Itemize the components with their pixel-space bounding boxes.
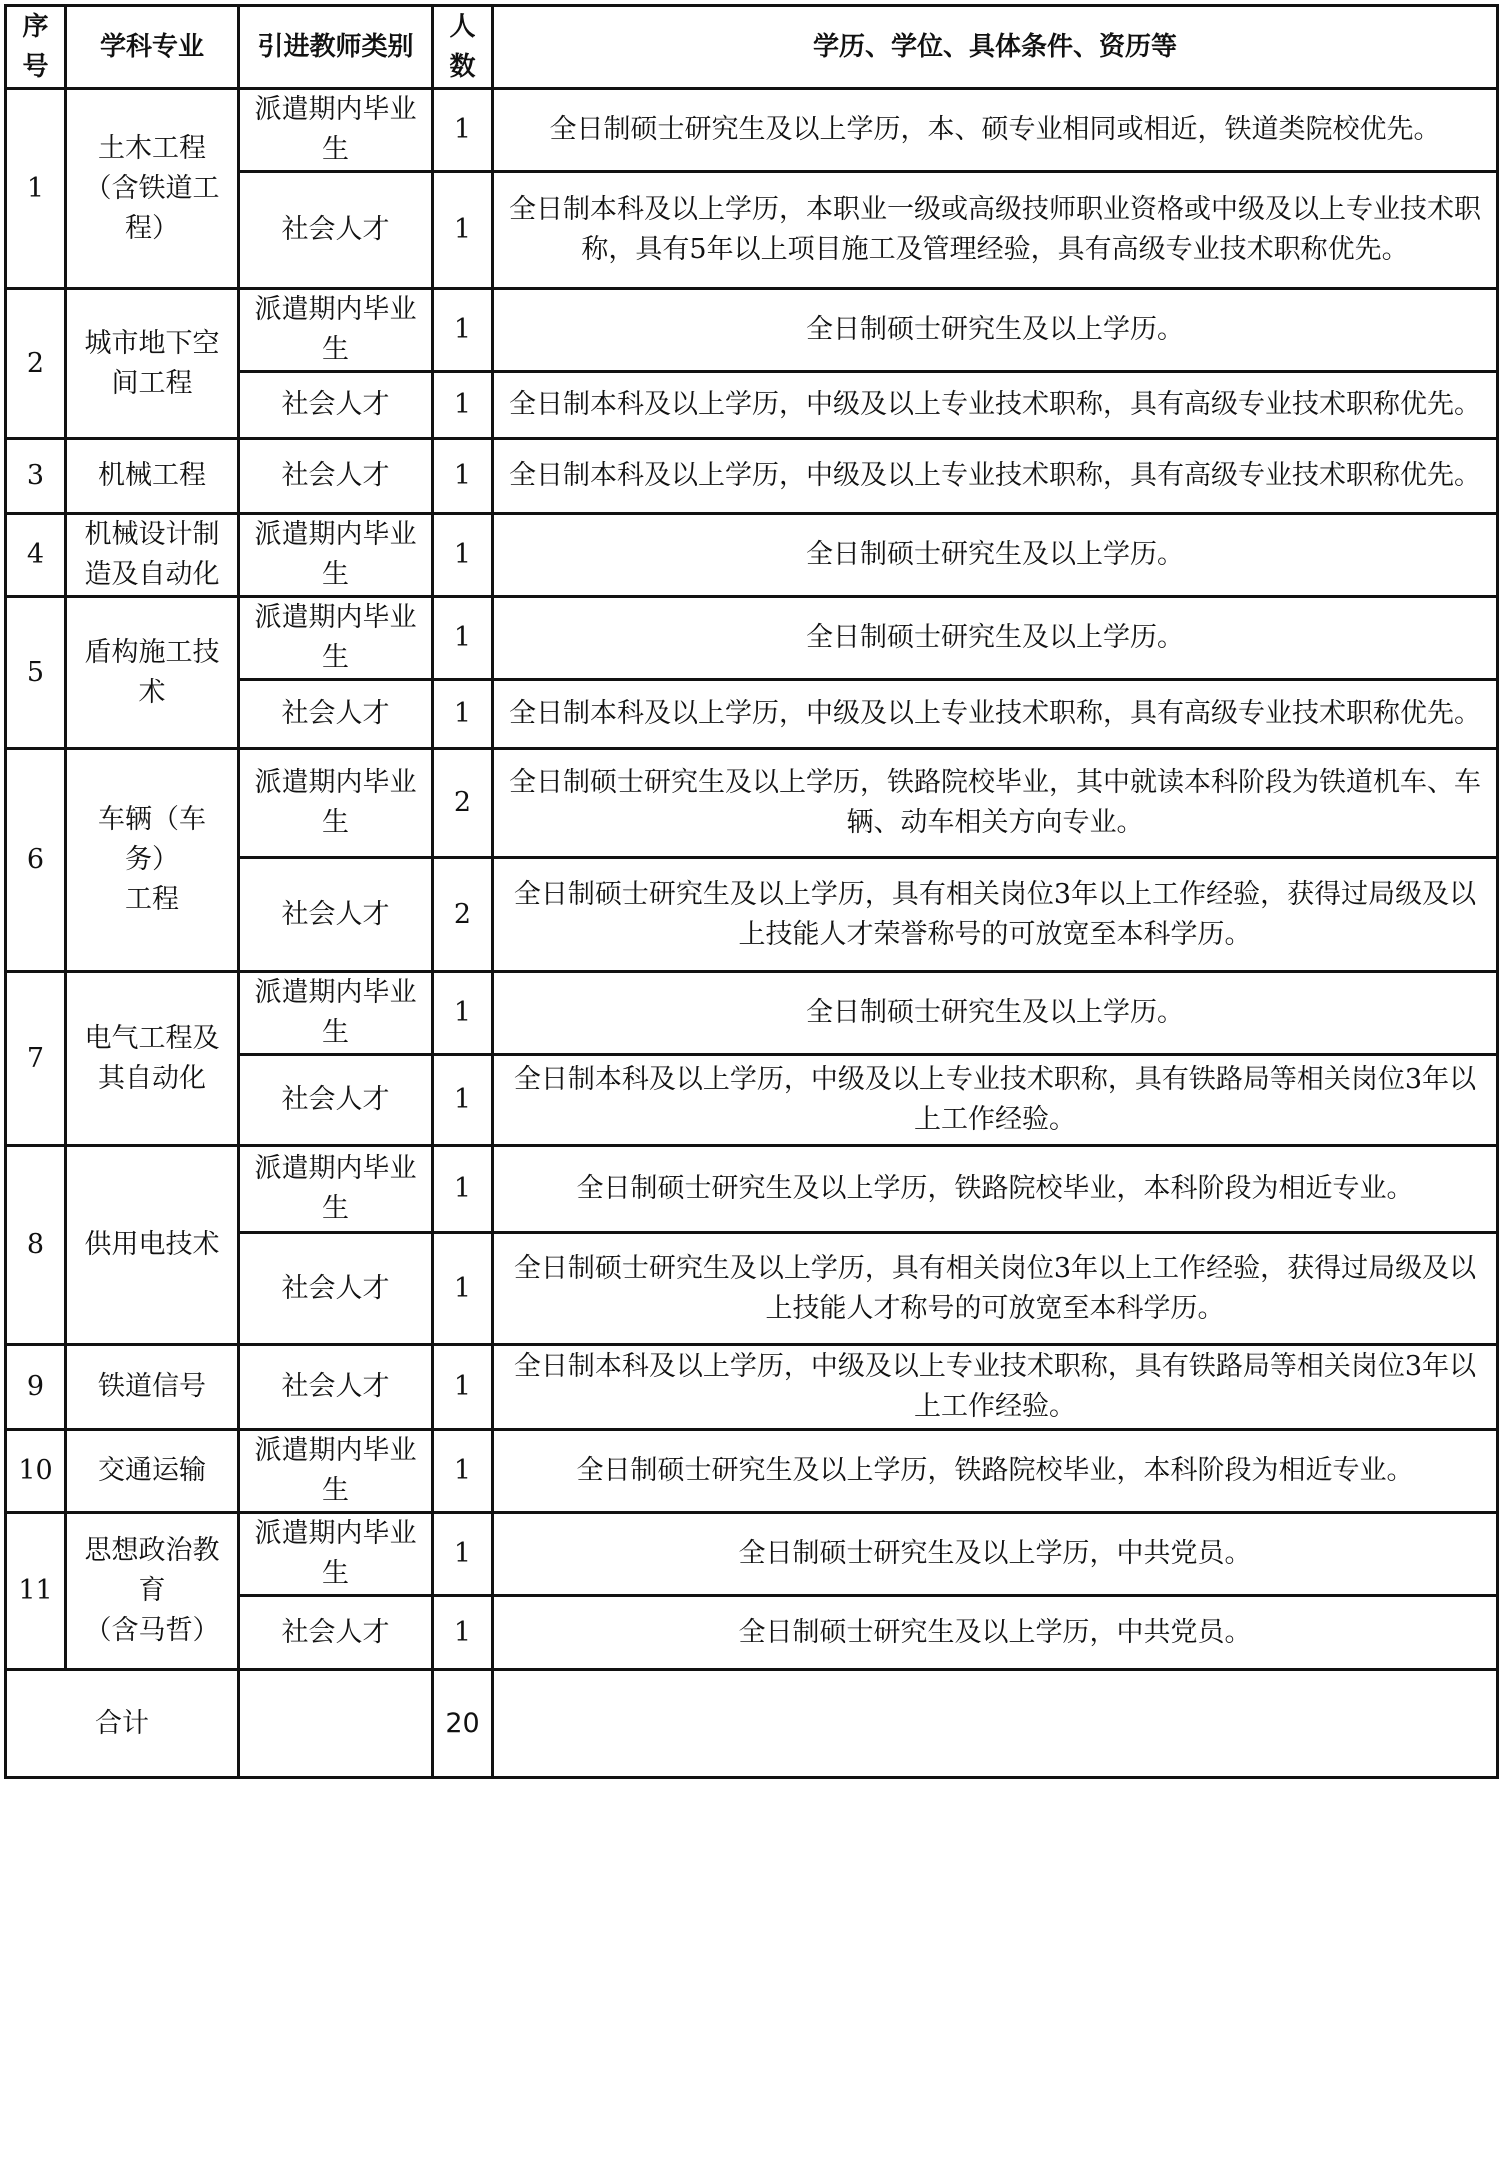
row-requirements: 全日制本科及以上学历，本职业一级或高级技师职业资格或中级及以上专业技术职称，具有… <box>493 172 1498 289</box>
row-count: 1 <box>433 1055 493 1146</box>
row-count: 1 <box>433 972 493 1055</box>
row-requirements: 全日制本科及以上学历，中级及以上专业技术职称，具有铁路局等相关岗位3年以上工作经… <box>493 1055 1498 1146</box>
row-category: 社会人才 <box>239 680 433 749</box>
major-line: 土木工程 （含铁道工程） <box>85 133 220 244</box>
row-category: 派遣期内毕业生 <box>239 514 433 597</box>
header-requirements: 学历、学位、具体条件、资历等 <box>493 6 1498 89</box>
row-requirements: 全日制硕士研究生及以上学历，本、硕专业相同或相近，铁道类院校优先。 <box>493 89 1498 172</box>
row-category: 派遣期内毕业生 <box>239 1430 433 1513</box>
row-requirements: 全日制硕士研究生及以上学历，铁路院校毕业，本科阶段为相近专业。 <box>493 1430 1498 1513</box>
row-category: 社会人才 <box>239 439 433 514</box>
row-count: 1 <box>433 1596 493 1670</box>
row-major: 供用电技术 <box>66 1146 239 1345</box>
table-row: 7 电气工程及其自动化 派遣期内毕业生 1 全日制硕士研究生及以上学历。 <box>6 972 1498 1055</box>
row-major: 土木工程 （含铁道工程） <box>66 89 239 289</box>
row-requirements: 全日制硕士研究生及以上学历。 <box>493 972 1498 1055</box>
row-requirements: 全日制本科及以上学历，中级及以上专业技术职称，具有铁路局等相关岗位3年以上工作经… <box>493 1345 1498 1430</box>
table-row: 6 车辆（车务） 工程 派遣期内毕业生 2 全日制硕士研究生及以上学历，铁路院校… <box>6 749 1498 858</box>
row-index: 11 <box>6 1513 66 1670</box>
row-count: 1 <box>433 372 493 439</box>
row-index: 8 <box>6 1146 66 1345</box>
table-row: 2 城市地下空间工程 派遣期内毕业生 1 全日制硕士研究生及以上学历。 <box>6 289 1498 372</box>
total-row: 合计 20 <box>6 1670 1498 1778</box>
row-requirements: 全日制硕士研究生及以上学历，具有相关岗位3年以上工作经验，获得过局级及以上技能人… <box>493 858 1498 972</box>
row-category: 派遣期内毕业生 <box>239 597 433 680</box>
row-requirements: 全日制硕士研究生及以上学历，铁路院校毕业，其中就读本科阶段为铁道机车、车辆、动车… <box>493 749 1498 858</box>
header-row: 序号 学科专业 引进教师类别 人数 学历、学位、具体条件、资历等 <box>6 6 1498 89</box>
table-row: 4 机械设计制造及自动化 派遣期内毕业生 1 全日制硕士研究生及以上学历。 <box>6 514 1498 597</box>
row-index: 2 <box>6 289 66 439</box>
row-index: 4 <box>6 514 66 597</box>
table-row: 11 思想政治教育 （含马哲） 派遣期内毕业生 1 全日制硕士研究生及以上学历，… <box>6 1513 1498 1596</box>
row-index: 9 <box>6 1345 66 1430</box>
row-requirements: 全日制硕士研究生及以上学历。 <box>493 289 1498 372</box>
row-category: 社会人才 <box>239 858 433 972</box>
row-category: 社会人才 <box>239 1055 433 1146</box>
row-major: 机械设计制造及自动化 <box>66 514 239 597</box>
row-major: 铁道信号 <box>66 1345 239 1430</box>
table-row: 8 供用电技术 派遣期内毕业生 1 全日制硕士研究生及以上学历，铁路院校毕业，本… <box>6 1146 1498 1233</box>
row-index: 7 <box>6 972 66 1146</box>
total-category <box>239 1670 433 1778</box>
row-count: 2 <box>433 749 493 858</box>
row-category: 社会人才 <box>239 172 433 289</box>
row-category: 派遣期内毕业生 <box>239 1146 433 1233</box>
row-requirements: 全日制本科及以上学历，中级及以上专业技术职称，具有高级专业技术职称优先。 <box>493 372 1498 439</box>
row-category: 社会人才 <box>239 1233 433 1345</box>
recruitment-table: 序号 学科专业 引进教师类别 人数 学历、学位、具体条件、资历等 1 土木工程 … <box>4 4 1499 1779</box>
row-requirements: 全日制硕士研究生及以上学历。 <box>493 597 1498 680</box>
row-count: 1 <box>433 1233 493 1345</box>
row-category: 社会人才 <box>239 1596 433 1670</box>
row-category: 社会人才 <box>239 372 433 439</box>
row-category: 派遣期内毕业生 <box>239 749 433 858</box>
row-count: 1 <box>433 439 493 514</box>
row-category: 派遣期内毕业生 <box>239 972 433 1055</box>
row-category: 派遣期内毕业生 <box>239 1513 433 1596</box>
row-category: 社会人才 <box>239 1345 433 1430</box>
row-count: 1 <box>433 89 493 172</box>
row-major: 电气工程及其自动化 <box>66 972 239 1146</box>
row-count: 2 <box>433 858 493 972</box>
major-line: 车辆（车务） 工程 <box>98 804 206 915</box>
row-count: 1 <box>433 172 493 289</box>
row-requirements: 全日制硕士研究生及以上学历，中共党员。 <box>493 1513 1498 1596</box>
row-category: 派遣期内毕业生 <box>239 89 433 172</box>
total-label: 合计 <box>6 1670 239 1778</box>
row-index: 3 <box>6 439 66 514</box>
row-category: 派遣期内毕业生 <box>239 289 433 372</box>
row-count: 1 <box>433 1345 493 1430</box>
table-row: 3 机械工程 社会人才 1 全日制本科及以上学历，中级及以上专业技术职称，具有高… <box>6 439 1498 514</box>
row-count: 1 <box>433 1430 493 1513</box>
row-index: 1 <box>6 89 66 289</box>
row-major: 车辆（车务） 工程 <box>66 749 239 972</box>
total-requirements <box>493 1670 1498 1778</box>
header-category: 引进教师类别 <box>239 6 433 89</box>
row-requirements: 全日制本科及以上学历，中级及以上专业技术职称，具有高级专业技术职称优先。 <box>493 439 1498 514</box>
row-major: 盾构施工技术 <box>66 597 239 749</box>
major-line: 思想政治教育 （含马哲） <box>85 1535 220 1646</box>
table-row: 5 盾构施工技术 派遣期内毕业生 1 全日制硕士研究生及以上学历。 <box>6 597 1498 680</box>
row-count: 1 <box>433 1146 493 1233</box>
row-count: 1 <box>433 680 493 749</box>
row-requirements: 全日制本科及以上学历，中级及以上专业技术职称，具有高级专业技术职称优先。 <box>493 680 1498 749</box>
row-major: 机械工程 <box>66 439 239 514</box>
row-count: 1 <box>433 597 493 680</box>
row-count: 1 <box>433 1513 493 1596</box>
table-row: 9 铁道信号 社会人才 1 全日制本科及以上学历，中级及以上专业技术职称，具有铁… <box>6 1345 1498 1430</box>
row-count: 1 <box>433 289 493 372</box>
header-count: 人数 <box>433 6 493 89</box>
row-requirements: 全日制硕士研究生及以上学历。 <box>493 514 1498 597</box>
row-count: 1 <box>433 514 493 597</box>
row-major: 思想政治教育 （含马哲） <box>66 1513 239 1670</box>
table-row: 1 土木工程 （含铁道工程） 派遣期内毕业生 1 全日制硕士研究生及以上学历，本… <box>6 89 1498 172</box>
row-index: 10 <box>6 1430 66 1513</box>
row-index: 6 <box>6 749 66 972</box>
recruitment-table-container: 序号 学科专业 引进教师类别 人数 学历、学位、具体条件、资历等 1 土木工程 … <box>4 4 1496 1779</box>
table-row: 10 交通运输 派遣期内毕业生 1 全日制硕士研究生及以上学历，铁路院校毕业，本… <box>6 1430 1498 1513</box>
row-requirements: 全日制硕士研究生及以上学历，具有相关岗位3年以上工作经验，获得过局级及以上技能人… <box>493 1233 1498 1345</box>
row-requirements: 全日制硕士研究生及以上学历，中共党员。 <box>493 1596 1498 1670</box>
header-major: 学科专业 <box>66 6 239 89</box>
row-major: 城市地下空间工程 <box>66 289 239 439</box>
header-index: 序号 <box>6 6 66 89</box>
row-major: 交通运输 <box>66 1430 239 1513</box>
row-requirements: 全日制硕士研究生及以上学历，铁路院校毕业，本科阶段为相近专业。 <box>493 1146 1498 1233</box>
row-index: 5 <box>6 597 66 749</box>
total-count: 20 <box>433 1670 493 1778</box>
